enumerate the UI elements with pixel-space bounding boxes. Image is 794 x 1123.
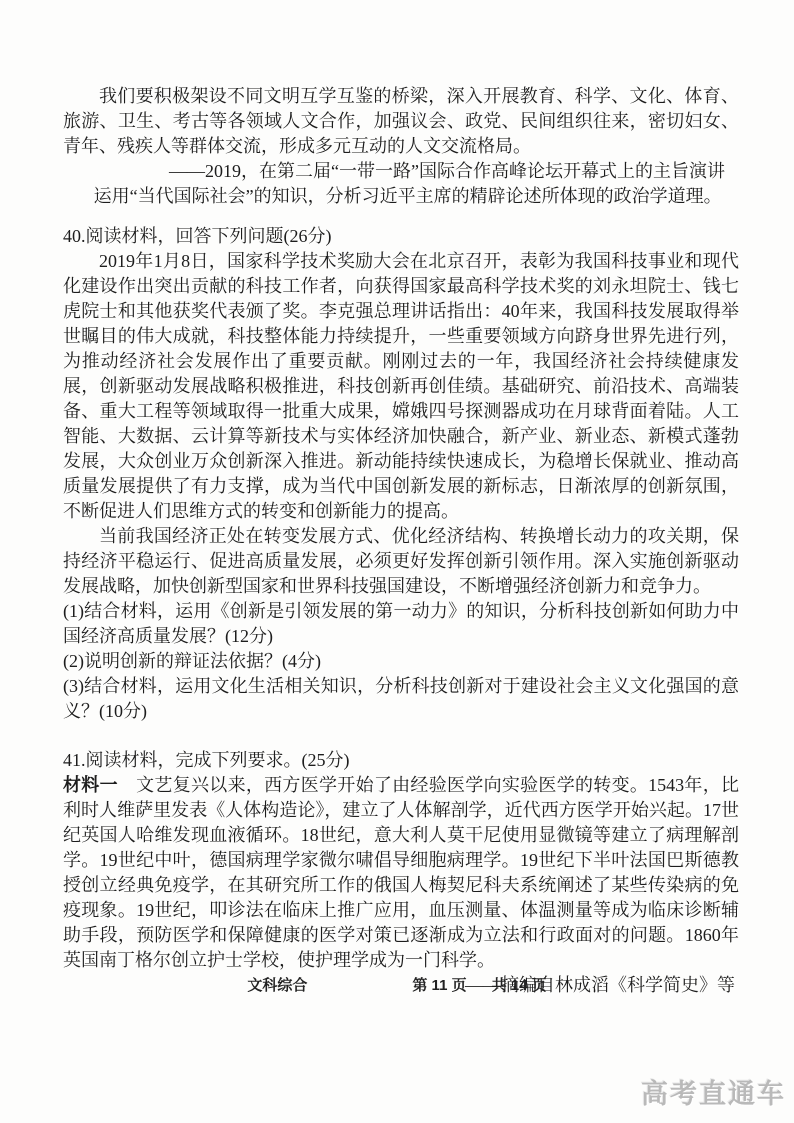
q41-heading: 41.阅读材料，完成下列要求。(25分): [63, 748, 739, 773]
q39-source-attribution: ——2019，在第二届“一带一路”国际合作高峰论坛开幕式上的主旨演讲: [63, 159, 739, 184]
q39-task: 运用“当代国际社会”的知识，分析习近平主席的精辟论述所体现的政治学道理。: [63, 184, 739, 209]
q40-sub-question-3: (3)结合材料，运用文化生活相关知识，分析科技创新对于建设社会主义文化强国的意义…: [63, 674, 739, 724]
page-footer: 文科综合 第 11 页 共 14 页: [0, 974, 794, 995]
q41-material-paragraph: 材料一 文艺复兴以来，西方医学开始了由经验医学向实验医学的转变。1543年，比利…: [63, 773, 739, 973]
section-gap: [63, 209, 739, 224]
section-gap: [63, 724, 739, 748]
footer-page-total: 共 14 页: [492, 974, 547, 995]
q40-sub-question-1: (1)结合材料，运用《创新是引领发展的第一动力》的知识，分析科技创新如何助力中国…: [63, 599, 739, 649]
exam-paper-page: 我们要积极架设不同文明互学互鉴的桥梁，深入开展教育、科学、文化、体育、旅游、卫生…: [0, 0, 794, 1123]
q40-material-paragraph-1: 2019年1月8日，国家科学技术奖励大会在北京召开，表彰为我国科技事业和现代化建…: [63, 249, 739, 524]
q41-material-text: 文艺复兴以来，西方医学开始了由经验医学向实验医学的转变。1543年，比利时人维萨…: [63, 775, 739, 970]
q40-sub-question-2: (2)说明创新的辩证法依据？(4分): [63, 649, 739, 674]
q40-material-paragraph-2: 当前我国经济正处在转变发展方式、优化经济结构、转换增长动力的攻关期，保持经济平稳…: [63, 524, 739, 599]
q41-material-label: 材料一: [63, 775, 118, 795]
footer-page-number: 第 11 页: [412, 974, 466, 995]
page-content: 我们要积极架设不同文明互学互鉴的桥梁，深入开展教育、科学、文化、体育、旅游、卫生…: [63, 84, 739, 998]
watermark-text: 高考直通车: [641, 1072, 786, 1111]
q40-heading: 40.阅读材料，回答下列问题(26分): [63, 224, 739, 249]
q39-material-paragraph: 我们要积极架设不同文明互学互鉴的桥梁，深入开展教育、科学、文化、体育、旅游、卫生…: [63, 84, 739, 159]
footer-subject-label: 文科综合: [247, 974, 307, 995]
